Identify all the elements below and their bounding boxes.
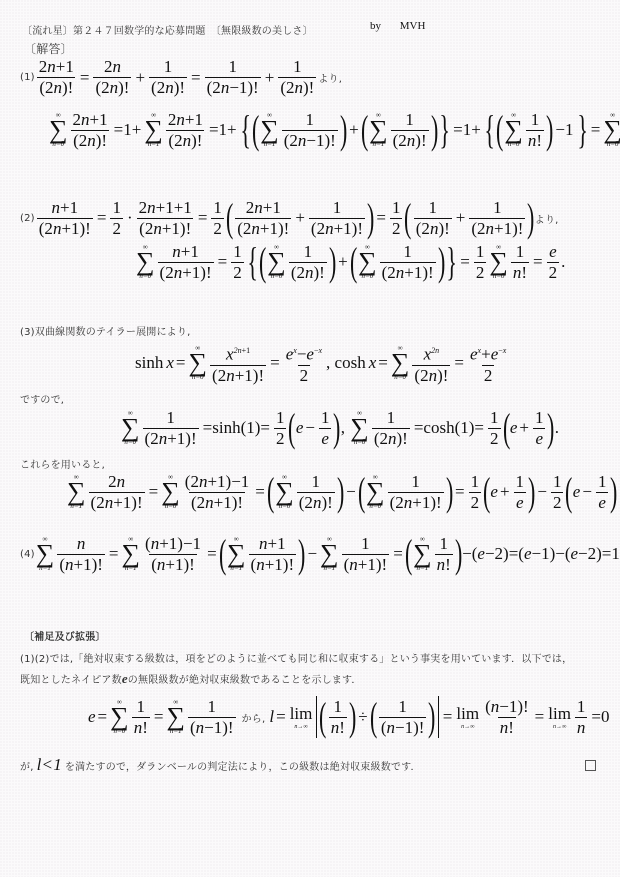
summation-sign: ∞∑n=1 xyxy=(320,536,339,572)
summation-sign: ∞∑n=1 xyxy=(260,112,279,148)
summation-sign: ∞∑n=0 xyxy=(603,112,620,148)
supplement-paragraph-2: 既知としたネイピア数eの無限級数が絶対収束級数であることを示します． xyxy=(20,671,362,687)
summation-sign: ∞∑n=1 xyxy=(227,536,246,572)
summation-sign: ∞∑n=0 xyxy=(504,112,523,148)
part1-equation-2: ∞∑n=0 2n+1(2n)! =1+ ∞∑n=1 2n+1(2n)! =1+ … xyxy=(48,110,620,150)
summation-sign: ∞∑n=1 xyxy=(369,112,388,148)
summation-sign: ∞∑n=0 xyxy=(366,474,385,510)
summation-sign: ∞∑n=0 xyxy=(110,699,129,735)
document-title: 〔流れ星〕第２４７回数学的な応募問題 〔無限級数の美しさ〕 xyxy=(22,22,313,37)
para2-text-a: 既知としたネイピア数 xyxy=(20,675,122,686)
fraction: 2n+1(2n)! xyxy=(37,58,76,97)
fraction: 2n(2n)! xyxy=(93,58,131,97)
ratio-test-formula: e= ∞∑n=0 1n! = ∞∑n=1 1(n−1)! から, l= limn… xyxy=(88,696,612,738)
answer-heading: 〔解答〕 xyxy=(24,40,73,57)
summation-sign: ∞∑n=0 xyxy=(275,474,294,510)
summation-sign: ∞∑n=1 xyxy=(36,536,55,572)
summation-sign: ∞∑n=0 xyxy=(161,474,180,510)
limit-operator: limn→∞ xyxy=(456,704,479,730)
part1-label: (1) xyxy=(20,72,35,83)
fraction: 1(2n−1)! xyxy=(205,58,261,97)
summation-sign: ∞∑n=1 xyxy=(413,536,432,572)
part3-result: ∞∑n=1 2n(2n+1)! = ∞∑n=0 (2n+1)−1(2n+1)! … xyxy=(66,472,620,512)
summation-sign: ∞∑n=0 xyxy=(188,345,207,381)
conclusion: が, l<1 を満たすので，ダランベールの判定法により，この級数は絶対収束級数で… xyxy=(20,755,421,775)
supplement-paragraph-1: (1)(2)では,「絶対収束する級数は，項をどのように並べても同じ和に収束する」… xyxy=(20,650,572,665)
part4-equation: (4) ∞∑n=1 n(n+1)! = ∞∑n=1 (n+1)−1(n+1)! … xyxy=(20,534,620,574)
summation-sign: ∞∑n=1 xyxy=(67,474,86,510)
fraction: 1(2n)! xyxy=(278,58,316,97)
summation-sign: ∞∑n=0 xyxy=(136,244,155,280)
part1-equation-1: (1) 2n+1(2n)! = 2n(2n)! + 1(2n)! = 1(2n−… xyxy=(20,58,342,97)
summation-sign: ∞∑n=0 xyxy=(358,244,377,280)
part3-connector-2: これらを用いると, xyxy=(20,456,105,471)
part3-connector-1: ですので, xyxy=(20,391,64,406)
limit-operator: limn→∞ xyxy=(290,704,313,730)
summation-sign: ∞∑n=1 xyxy=(144,112,163,148)
byline: by MVH xyxy=(370,20,425,32)
summation-sign: ∞∑n=1 xyxy=(122,536,141,572)
part2-suffix: より, xyxy=(535,211,559,226)
conclusion-text-a: が, xyxy=(20,758,34,773)
part3-intro: (3)双曲線関数のテイラー展開により, xyxy=(20,323,190,338)
abs-bar-left xyxy=(316,696,317,738)
summation-sign: ∞∑n=0 xyxy=(350,410,369,446)
fraction: 1(2n)! xyxy=(149,58,187,97)
summation-sign: ∞∑n=0 xyxy=(121,410,140,446)
part3-values: ∞∑n=0 1(2n+1)! =sinh(1)= 12(e− 1e), ∞∑n=… xyxy=(120,408,559,448)
summation-sign: ∞∑n=1 xyxy=(166,699,185,735)
conclusion-inequality: l<1 xyxy=(37,755,62,775)
part2-equation-1: (2) n+1(2n+1)! = 12· 2n+1+1(2n+1)! = 12(… xyxy=(20,198,559,238)
para2-text-b: の無限級数が絶対収束級数であることを示します． xyxy=(128,675,362,686)
summation-sign: ∞∑n=0 xyxy=(267,244,286,280)
summation-sign: ∞∑n=0 xyxy=(391,345,410,381)
part4-label: (4) xyxy=(20,549,35,560)
summation-sign: ∞∑n=0 xyxy=(489,244,508,280)
summation-sign: ∞∑n=0 xyxy=(49,112,68,148)
kara-text: から, xyxy=(242,710,266,725)
part2-equation-2: ∞∑n=0 n+1(2n+1)! = 12 {( ∞∑n=0 1(2n)! )+… xyxy=(135,242,565,282)
by-label: by xyxy=(370,20,381,32)
conclusion-text-b: を満たすので，ダランベールの判定法により，この級数は絶対収束級数です． xyxy=(65,758,421,773)
limit-operator: limn→∞ xyxy=(548,704,571,730)
part2-label: (2) xyxy=(20,213,35,224)
supplement-heading: 〔補足及び拡張〕 xyxy=(24,628,106,643)
qed-square-icon xyxy=(585,760,596,771)
part1-suffix: より, xyxy=(318,70,342,85)
author-name: MVH xyxy=(400,20,426,32)
part3-taylor: sinhx= ∞∑n=0 x2n+1(2n+1)! = ex−e−x2 , co… xyxy=(135,342,510,385)
abs-bar-right xyxy=(438,696,439,738)
